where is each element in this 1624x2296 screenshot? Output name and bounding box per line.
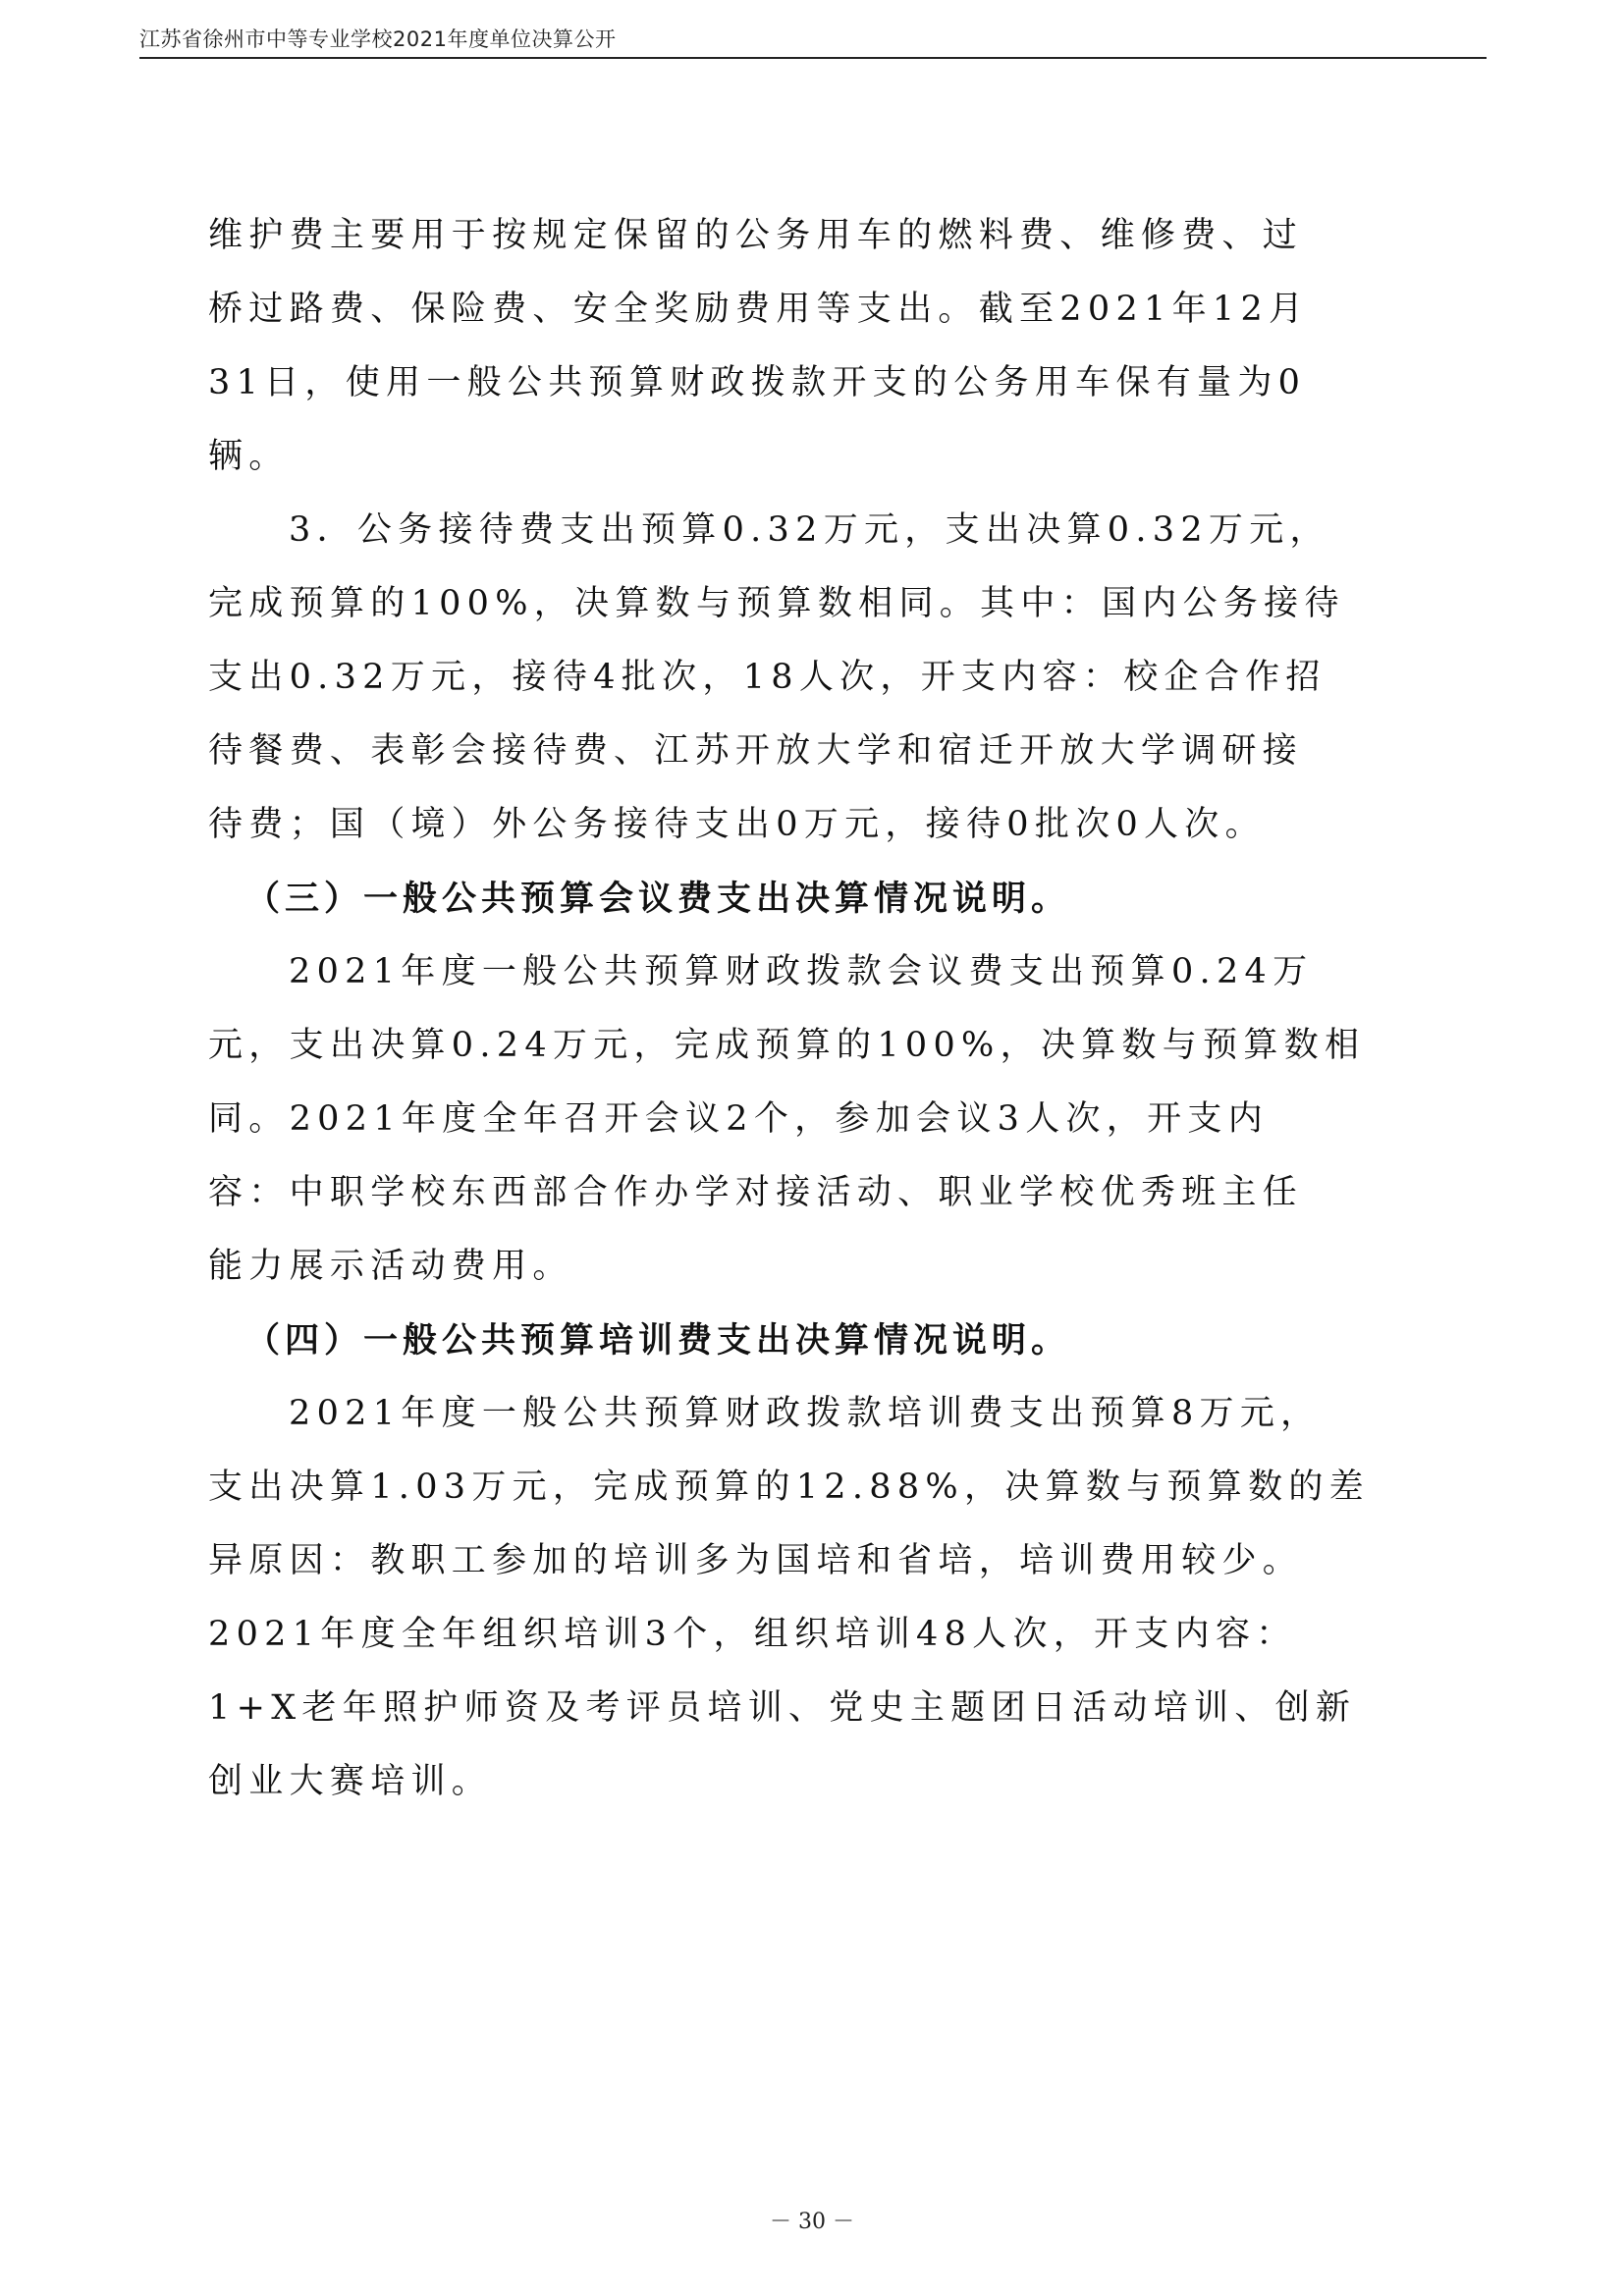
text-line: 异原因：教职工参加的培训多为国培和省培，培训费用较少。 [208, 1524, 1426, 1598]
text-line: 2021年度一般公共预算财政拨款培训费支出预算8万元， [208, 1377, 1426, 1451]
text-line: 2021年度全年组织培训3个，组织培训48人次，开支内容： [208, 1598, 1426, 1672]
document-body: 维护费主要用于按规定保留的公务用车的燃料费、维修费、过 桥过路费、保险费、安全奖… [208, 199, 1426, 1819]
text-line: 支出决算1.03万元，完成预算的12.88%，决算数与预算数的差 [208, 1451, 1426, 1524]
page-header: 江苏省徐州市中等专业学校2021年度单位决算公开 [139, 24, 1487, 59]
text-line: 完成预算的100%，决算数与预算数相同。其中：国内公务接待 [208, 567, 1426, 641]
text-line: 创业大赛培训。 [208, 1745, 1426, 1819]
text-line: 3．公务接待费支出预算0.32万元，支出决算0.32万元， [208, 494, 1426, 567]
paragraph-meeting-expense: 2021年度一般公共预算财政拨款会议费支出预算0.24万 元，支出决算0.24万… [208, 935, 1426, 1304]
text-line: 同。2021年度全年召开会议2个，参加会议3人次，开支内 [208, 1083, 1426, 1156]
text-line: 辆。 [208, 420, 1426, 494]
page-number: － 30 － [0, 2205, 1624, 2235]
text-line: 1+X老年照护师资及考评员培训、党史主题团日活动培训、创新 [208, 1672, 1426, 1745]
text-line: 31日，使用一般公共预算财政拨款开支的公务用车保有量为0 [208, 347, 1426, 420]
paragraph-vehicle-maintenance: 维护费主要用于按规定保留的公务用车的燃料费、维修费、过 桥过路费、保险费、安全奖… [208, 199, 1426, 494]
paragraph-reception-expense: 3．公务接待费支出预算0.32万元，支出决算0.32万元， 完成预算的100%，… [208, 494, 1426, 862]
text-line: 支出0.32万元，接待4批次，18人次，开支内容：校企合作招 [208, 641, 1426, 715]
section-heading-meeting: （三）一般公共预算会议费支出决算情况说明。 [208, 862, 1426, 935]
text-line: 2021年度一般公共预算财政拨款会议费支出预算0.24万 [208, 935, 1426, 1009]
text-line: 桥过路费、保险费、安全奖励费用等支出。截至2021年12月 [208, 273, 1426, 347]
text-line: 维护费主要用于按规定保留的公务用车的燃料费、维修费、过 [208, 199, 1426, 273]
document-title: 江苏省徐州市中等专业学校2021年度单位决算公开 [139, 27, 616, 51]
text-line: 能力展示活动费用。 [208, 1230, 1426, 1304]
section-heading-training: （四）一般公共预算培训费支出决算情况说明。 [208, 1304, 1426, 1377]
text-line: 待餐费、表彰会接待费、江苏开放大学和宿迁开放大学调研接 [208, 715, 1426, 788]
text-line: 待费；国（境）外公务接待支出0万元，接待0批次0人次。 [208, 788, 1426, 862]
paragraph-training-expense: 2021年度一般公共预算财政拨款培训费支出预算8万元， 支出决算1.03万元，完… [208, 1377, 1426, 1819]
text-line: 容：中职学校东西部合作办学对接活动、职业学校优秀班主任 [208, 1156, 1426, 1230]
text-line: 元，支出决算0.24万元，完成预算的100%，决算数与预算数相 [208, 1009, 1426, 1083]
